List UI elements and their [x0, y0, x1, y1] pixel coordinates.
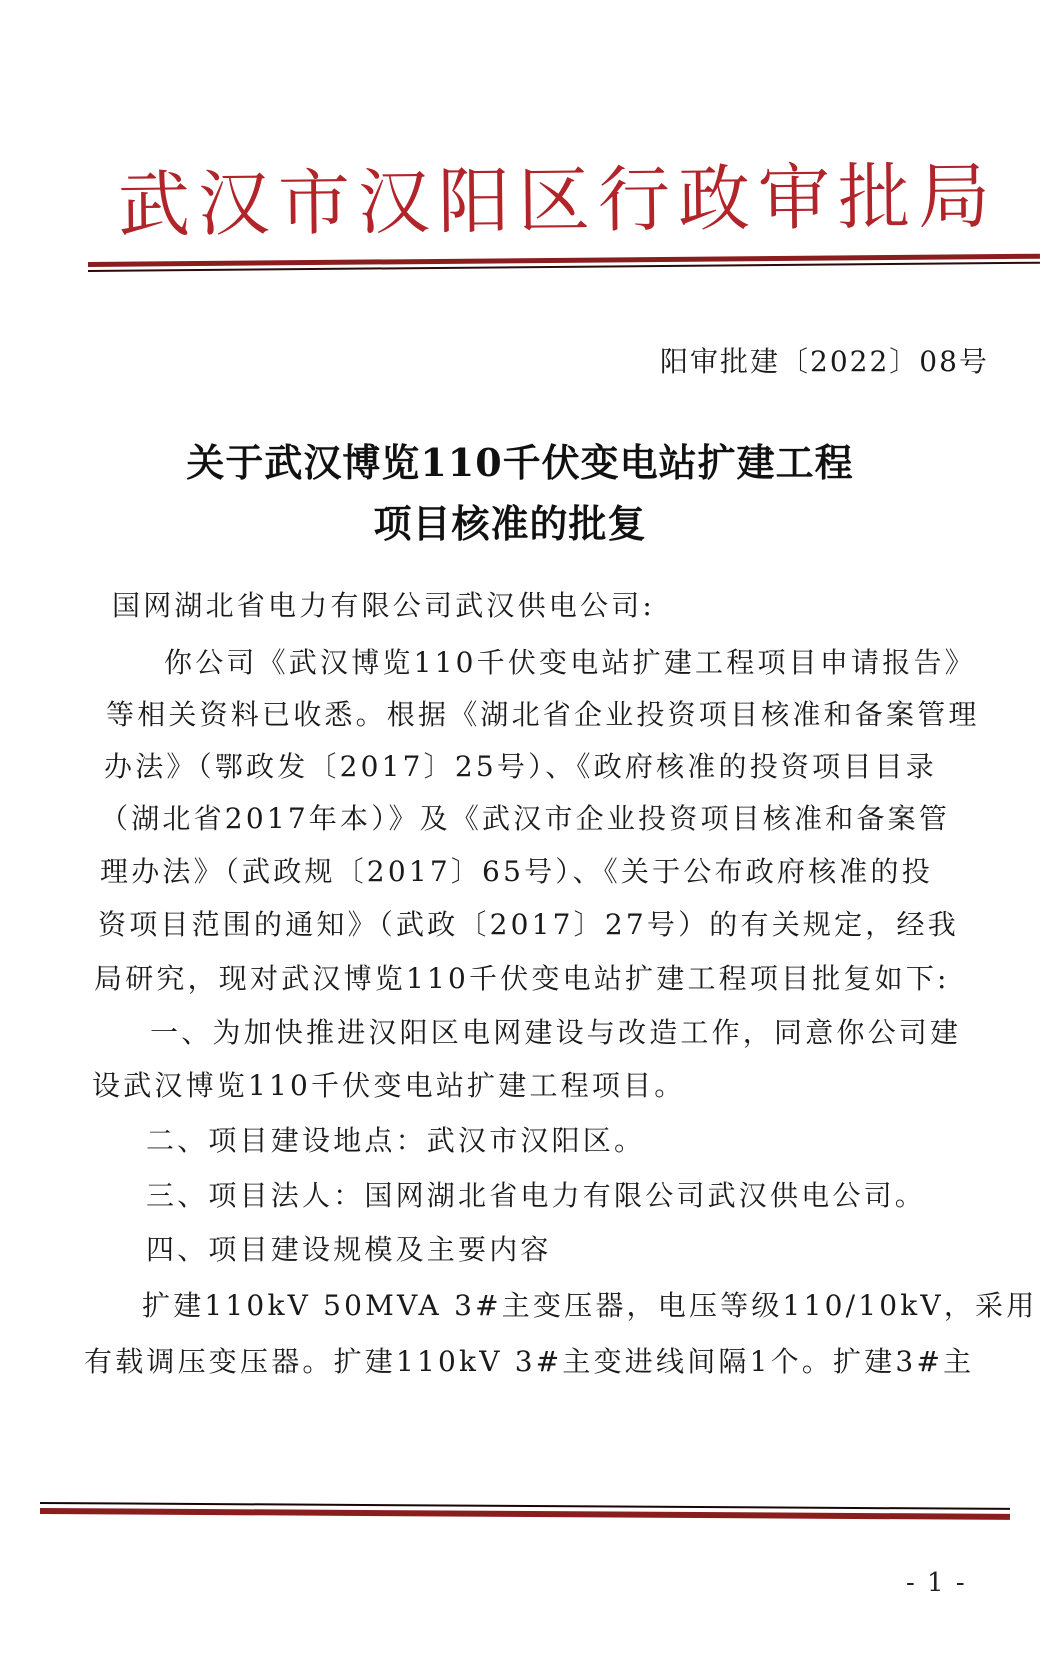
addressee: 国网湖北省电力有限公司武汉供电公司:: [112, 584, 655, 624]
body-paragraph-line: 等相关资料已收悉。根据《湖北省企业投资项目核准和备案管理: [106, 693, 980, 733]
item-one-line: 一、为加快推进汉阳区电网建设与改造工作，同意你公司建: [150, 1011, 961, 1051]
item-two-location: 二、项目建设地点：武汉市汉阳区。: [146, 1119, 645, 1159]
item-four-content-line: 有载调压变压器。扩建110kV 3#主变进线间隔1个。扩建3#主: [84, 1340, 974, 1380]
item-one-line: 设武汉博览110千伏变电站扩建工程项目。: [92, 1064, 685, 1104]
document-title-line-1: 关于武汉博览110千伏变电站扩建工程: [0, 432, 1050, 487]
body-paragraph-line: 资项目范围的通知》（武政〔2017〕27号）的有关规定，经我: [98, 903, 959, 943]
item-four-heading: 四、项目建设规模及主要内容: [146, 1228, 552, 1268]
issuing-authority-header: 武汉市汉阳区行政审批局: [118, 156, 999, 245]
document-number: 阳审批建〔2022〕08号: [660, 340, 989, 380]
body-paragraph-line: 局研究，现对武汉博览110千伏变电站扩建工程项目批复如下:: [94, 957, 950, 997]
body-paragraph-line: 你公司《武汉博览110千伏变电站扩建工程项目申请报告》: [164, 641, 976, 681]
item-four-content-line: 扩建110kV 50MVA 3#主变压器，电压等级110/10kV，采用: [142, 1284, 1037, 1324]
page-number: - 1 -: [906, 1568, 967, 1598]
item-three-legal-entity: 三、项目法人：国网湖北省电力有限公司武汉供电公司。: [146, 1174, 926, 1214]
document-title-line-2: 项目核准的批复: [0, 493, 1040, 548]
footer-red-rule-thick: [40, 1508, 1010, 1520]
body-paragraph-line: 理办法》（武政规〔2017〕65号）、《关于公布政府核准的投: [100, 850, 933, 890]
body-paragraph-line: 办法》（鄂政发〔2017〕25号）、《政府核准的投资项目目录: [104, 745, 937, 785]
body-paragraph-line: （湖北省2017年本）》及《武汉市企业投资项目核准和备案管: [100, 797, 950, 837]
